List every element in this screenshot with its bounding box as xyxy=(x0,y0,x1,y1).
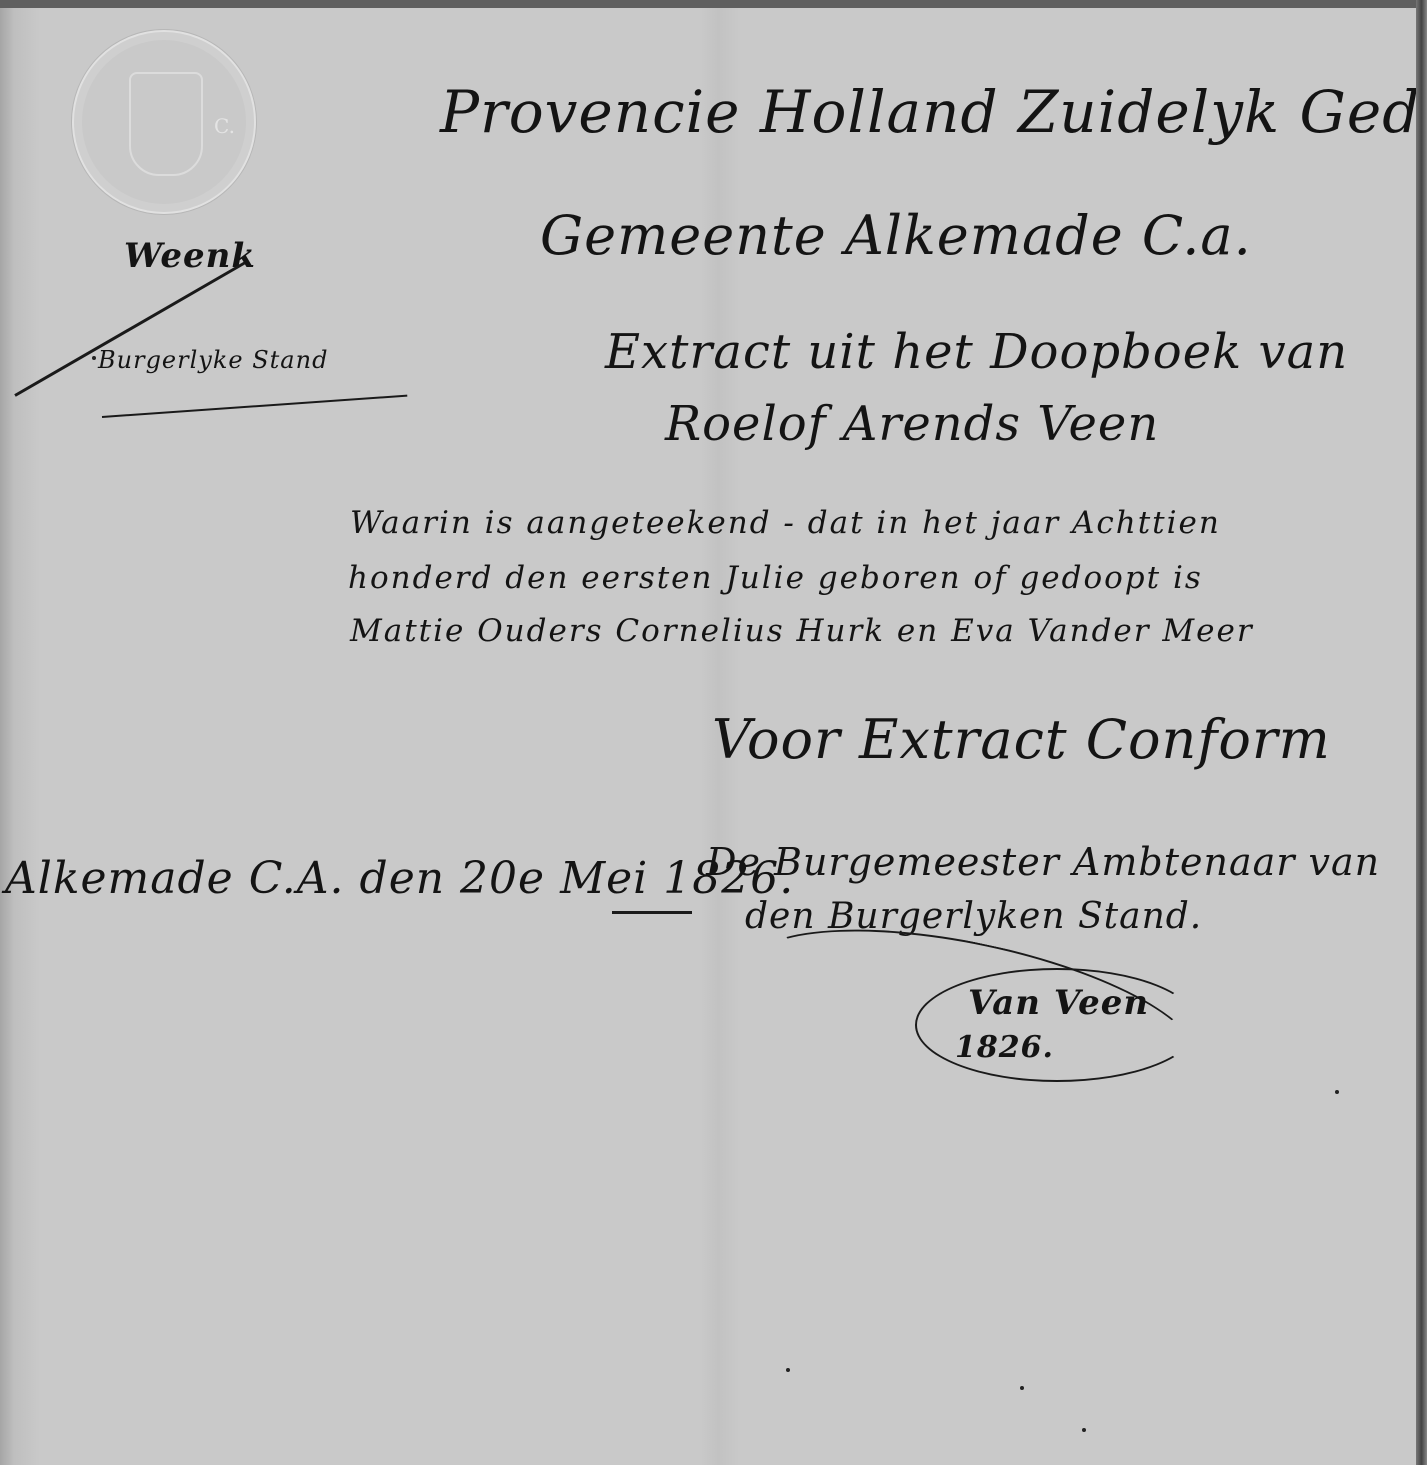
header-extract-title: Extract uit het Doopboek van xyxy=(605,324,1348,380)
header-registry-keeper: Roelof Arends Veen xyxy=(665,396,1159,452)
margin-slash-stroke xyxy=(14,262,245,397)
paper-speck xyxy=(1335,1090,1339,1094)
page-edge xyxy=(1416,0,1427,1465)
document-page: C. Weenk Burgerlyke Stand Provencie Holl… xyxy=(0,0,1416,1465)
seal-letter: C. xyxy=(214,114,235,138)
paper-speck xyxy=(1082,1428,1086,1432)
margin-underline xyxy=(102,395,407,418)
margin-initials: Weenk xyxy=(124,236,256,276)
paper-speck xyxy=(92,356,96,360)
date-underline xyxy=(612,911,692,914)
crest-icon xyxy=(129,72,203,176)
embossed-seal: C. xyxy=(72,30,256,214)
header-province: Provencie Holland Zuidelyk Gedt. xyxy=(440,78,1427,146)
body-line-2: honderd den eersten Julie geboren of ged… xyxy=(348,560,1203,596)
body-line-1: Waarin is aangeteekend - dat in het jaar… xyxy=(350,505,1221,541)
margin-label: Burgerlyke Stand xyxy=(98,346,328,374)
closing-conform: Voor Extract Conform xyxy=(712,708,1331,771)
paper-speck xyxy=(786,1368,790,1372)
body-line-3: Mattie Ouders Cornelius Hurk en Eva Vand… xyxy=(350,613,1254,649)
signature-year: 1826. xyxy=(955,1030,1054,1065)
header-municipality: Gemeente Alkemade C.a. xyxy=(540,204,1252,267)
official-title-line-1: De Burgemeester Ambtenaar van xyxy=(706,840,1380,884)
signature-name: Van Veen xyxy=(968,983,1149,1023)
place-date: Alkemade C.A. den 20e Mei 1826. xyxy=(5,853,794,904)
paper-speck xyxy=(1020,1386,1024,1390)
